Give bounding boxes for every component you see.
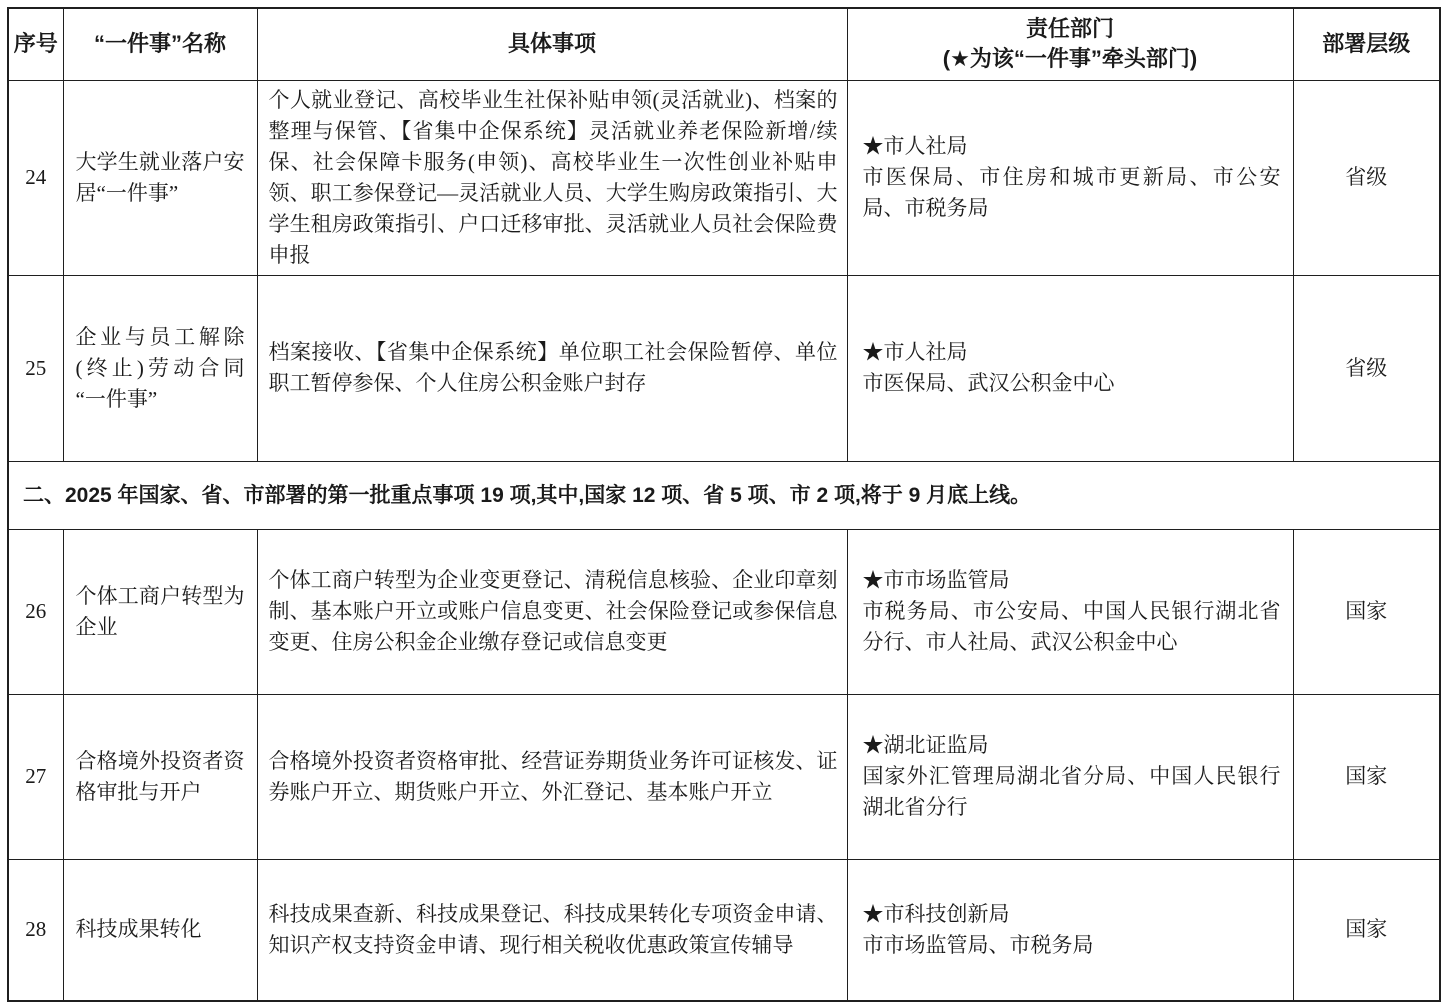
cell-item-name: 科技成果转化 xyxy=(63,859,257,1001)
header-serial-number: 序号 xyxy=(8,8,63,80)
section-header-row: 二、2025 年国家、省、市部署的第一批重点事项 19 项,其中,国家 12 项… xyxy=(8,461,1440,529)
cell-deployment-level: 国家 xyxy=(1293,694,1440,859)
cell-serial-number: 27 xyxy=(8,694,63,859)
cell-responsible-departments: ★湖北证监局 国家外汇管理局湖北省分局、中国人民银行湖北省分行 xyxy=(847,694,1293,859)
section-header-text: 二、2025 年国家、省、市部署的第一批重点事项 19 项,其中,国家 12 项… xyxy=(8,461,1440,529)
lead-department: ★市人社局 xyxy=(863,337,1281,368)
cell-specific-items: 合格境外投资者资格审批、经营证券期货业务许可证核发、证券账户开立、期货账户开立、… xyxy=(257,694,847,859)
cell-responsible-departments: ★市科技创新局 市市场监管局、市税务局 xyxy=(847,859,1293,1001)
cell-specific-items: 个体工商户转型为企业变更登记、清税信息核验、企业印章刻制、基本账户开立或账户信息… xyxy=(257,529,847,694)
header-item-name: “一件事”名称 xyxy=(63,8,257,80)
table-row: 28 科技成果转化 科技成果查新、科技成果登记、科技成果转化专项资金申请、知识产… xyxy=(8,859,1440,1001)
table-row: 25 企业与员工解除(终止)劳动合同“一件事” 档案接收、【省集中企保系统】单位… xyxy=(8,275,1440,461)
table-row: 26 个体工商户转型为企业 个体工商户转型为企业变更登记、清税信息核验、企业印章… xyxy=(8,529,1440,694)
cell-responsible-departments: ★市市场监管局 市税务局、市公安局、中国人民银行湖北省分行、市人社局、武汉公积金… xyxy=(847,529,1293,694)
cell-serial-number: 25 xyxy=(8,275,63,461)
lead-department: ★市市场监管局 xyxy=(863,565,1281,596)
cell-item-name: 大学生就业落户安居“一件事” xyxy=(63,80,257,275)
table-row: 24 大学生就业落户安居“一件事” 个人就业登记、高校毕业生社保补贴申领(灵活就… xyxy=(8,80,1440,275)
cell-specific-items: 档案接收、【省集中企保系统】单位职工社会保险暂停、单位职工暂停参保、个人住房公积… xyxy=(257,275,847,461)
other-departments: 国家外汇管理局湖北省分局、中国人民银行湖北省分行 xyxy=(863,761,1281,823)
header-deployment-level: 部署层级 xyxy=(1293,8,1440,80)
header-specific-items: 具体事项 xyxy=(257,8,847,80)
other-departments: 市医保局、武汉公积金中心 xyxy=(863,368,1281,399)
other-departments: 市医保局、市住房和城市更新局、市公安局、市税务局 xyxy=(863,162,1281,224)
lead-department: ★市科技创新局 xyxy=(863,899,1281,930)
cell-deployment-level: 国家 xyxy=(1293,529,1440,694)
lead-department: ★湖北证监局 xyxy=(863,730,1281,761)
cell-specific-items: 科技成果查新、科技成果登记、科技成果转化专项资金申请、知识产权支持资金申请、现行… xyxy=(257,859,847,1001)
other-departments: 市市场监管局、市税务局 xyxy=(863,930,1281,961)
header-responsible-department: 责任部门 (★为该“一件事”牵头部门) xyxy=(847,8,1293,80)
cell-deployment-level: 国家 xyxy=(1293,859,1440,1001)
cell-item-name: 企业与员工解除(终止)劳动合同“一件事” xyxy=(63,275,257,461)
cell-specific-items: 个人就业登记、高校毕业生社保补贴申领(灵活就业)、档案的整理与保管、【省集中企保… xyxy=(257,80,847,275)
table-row: 27 合格境外投资者资格审批与开户 合格境外投资者资格审批、经营证券期货业务许可… xyxy=(8,694,1440,859)
other-departments: 市税务局、市公安局、中国人民银行湖北省分行、市人社局、武汉公积金中心 xyxy=(863,596,1281,658)
header-responsible-department-line1: 责任部门 xyxy=(852,14,1289,44)
cell-item-name: 合格境外投资者资格审批与开户 xyxy=(63,694,257,859)
cell-responsible-departments: ★市人社局 市医保局、武汉公积金中心 xyxy=(847,275,1293,461)
cell-item-name: 个体工商户转型为企业 xyxy=(63,529,257,694)
cell-deployment-level: 省级 xyxy=(1293,80,1440,275)
cell-serial-number: 24 xyxy=(8,80,63,275)
one-thing-matters-table: 序号 “一件事”名称 具体事项 责任部门 (★为该“一件事”牵头部门) 部署层级… xyxy=(7,7,1441,1002)
cell-serial-number: 28 xyxy=(8,859,63,1001)
header-responsible-department-line2: (★为该“一件事”牵头部门) xyxy=(852,44,1289,74)
cell-serial-number: 26 xyxy=(8,529,63,694)
cell-responsible-departments: ★市人社局 市医保局、市住房和城市更新局、市公安局、市税务局 xyxy=(847,80,1293,275)
lead-department: ★市人社局 xyxy=(863,131,1281,162)
cell-deployment-level: 省级 xyxy=(1293,275,1440,461)
header-row: 序号 “一件事”名称 具体事项 责任部门 (★为该“一件事”牵头部门) 部署层级 xyxy=(8,8,1440,80)
